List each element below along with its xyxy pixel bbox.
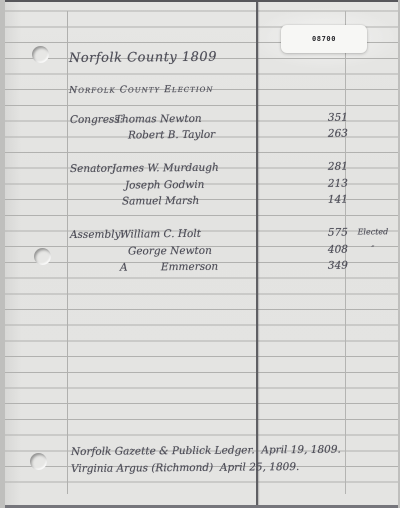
- candidate-name: George Newton: [128, 243, 212, 260]
- result-note: ″: [352, 241, 394, 257]
- result-row: Samuel Marsh 141: [70, 191, 398, 210]
- punch-hole: [34, 248, 51, 265]
- candidate-name: Joseph Godwin: [125, 177, 205, 194]
- candidate-name: James W. Murdaugh: [112, 160, 219, 177]
- vote-count: 281: [320, 159, 356, 175]
- vote-count: 349: [320, 258, 356, 274]
- punch-hole: [30, 453, 47, 470]
- result-row: Senator: James W. Murdaugh 281: [70, 158, 398, 177]
- vote-count: 575: [320, 225, 356, 241]
- office-label: Senator:: [70, 161, 116, 177]
- vote-count: 263: [320, 126, 356, 142]
- candidate-name: Robert B. Taylor: [128, 127, 215, 144]
- source-citation: Virginia Argus (Richmond) April 25, 1809…: [71, 459, 300, 477]
- candidate-name: William C. Holt: [120, 226, 201, 243]
- left-margin-line: [67, 11, 68, 494]
- vote-count: 351: [320, 110, 356, 126]
- candidate-name: Thomas Newton: [115, 111, 202, 128]
- candidate-name: A Emmerson: [120, 259, 218, 276]
- result-row: A Emmerson 349: [70, 257, 398, 276]
- result-row: Robert B. Taylor 263: [70, 125, 398, 144]
- result-row: Assembly: William C. Holt 575 Elected: [70, 224, 398, 243]
- vote-count: 213: [320, 176, 356, 192]
- candidate-name: Samuel Marsh: [122, 193, 199, 210]
- catalog-label: 08700: [281, 25, 367, 53]
- punch-hole: [32, 46, 49, 63]
- source-citation: Norfolk Gazette & Publick Ledger. April …: [71, 442, 341, 460]
- section-heading: Norfolk County Election: [69, 83, 214, 98]
- vote-count: 141: [320, 192, 356, 208]
- scanned-page: 08700 Norfolk County 1809 Norfolk County…: [5, 0, 398, 508]
- catalog-number: 08700: [312, 35, 336, 43]
- office-label: Assembly:: [70, 227, 124, 243]
- page-title: Norfolk County 1809: [69, 50, 217, 67]
- result-note: Elected: [352, 224, 394, 240]
- vote-count: 408: [320, 242, 356, 258]
